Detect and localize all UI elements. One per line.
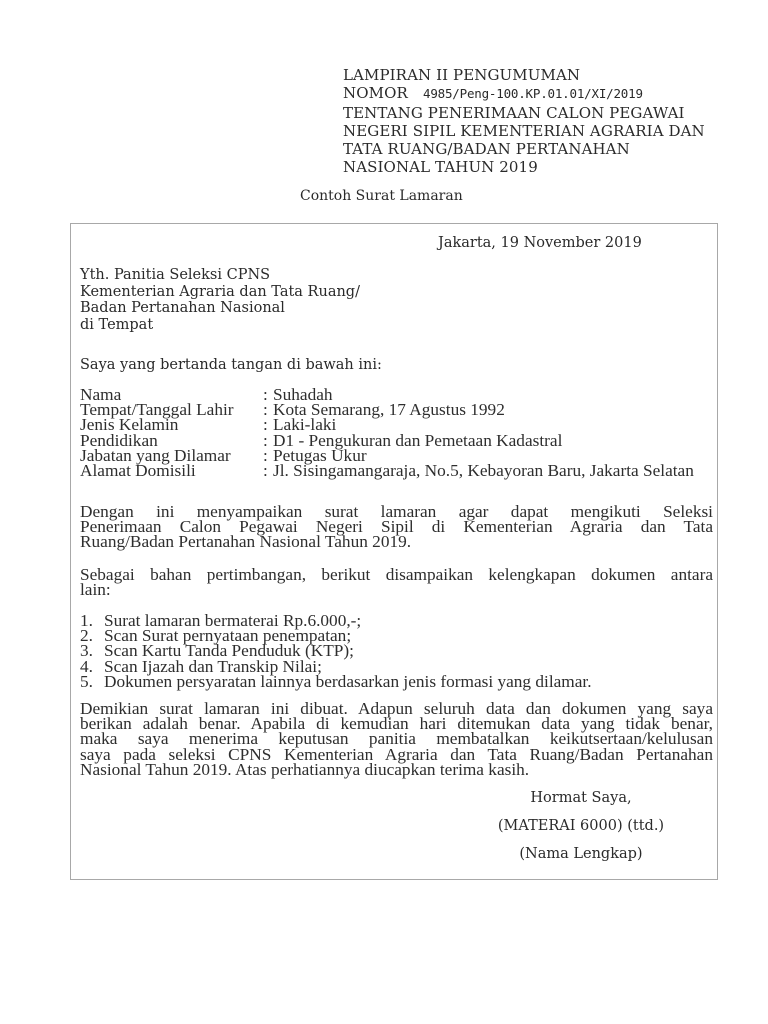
closing-paragraph: Demikian surat lamaran ini dibuat. Adapu… — [80, 701, 713, 777]
letter-date: Jakarta, 19 November 2019 — [438, 235, 642, 251]
signature-stamp: (MATERAI 6000) (ttd.) — [491, 818, 671, 846]
nomor-value: 4985/Peng-100.KP.01.01/XI/2019 — [423, 86, 643, 101]
intro-sentence: Saya yang bertanda tangan di bawah ini: — [80, 357, 382, 373]
document-list: 1.Surat lamaran bermaterai Rp.6.000,-; 2… — [80, 613, 713, 689]
field-row-address: Alamat Domisili : Jl. Sisingamangaraja, … — [80, 463, 710, 478]
header-line-1: LAMPIRAN II PENGUMUMAN — [343, 66, 705, 84]
header-line-3: TENTANG PENERIMAAN CALON PEGAWAI — [343, 104, 705, 122]
recipient-line: Badan Pertanahan Nasional — [80, 300, 360, 317]
recipient-line: Kementerian Agraria dan Tata Ruang/ — [80, 284, 360, 301]
signature-block: Hormat Saya, (MATERAI 6000) (ttd.) (Nama… — [491, 790, 671, 874]
application-paragraph: Dengan ini menyampaikan surat lamaran ag… — [80, 504, 713, 550]
recipient-line: Yth. Panitia Seleksi CPNS — [80, 267, 360, 284]
paragraph-line: Ruang/Badan Pertanahan Nasional Tahun 20… — [80, 532, 411, 551]
sample-letter-box: Jakarta, 19 November 2019 Yth. Panitia S… — [70, 223, 718, 880]
nomor-label: NOMOR — [343, 84, 423, 102]
header-nomor: NOMOR4985/Peng-100.KP.01.01/XI/2019 — [343, 84, 705, 103]
signature-salutation: Hormat Saya, — [491, 790, 671, 818]
signature-name: (Nama Lengkap) — [491, 846, 671, 874]
list-item: 5.Dokumen persyaratan lainnya berdasarka… — [80, 674, 713, 689]
recipient-address: Yth. Panitia Seleksi CPNS Kementerian Ag… — [80, 267, 360, 333]
documents-intro-paragraph: Sebagai bahan pertimbangan, berikut disa… — [80, 567, 713, 597]
list-number: 5. — [80, 674, 104, 689]
announcement-header: LAMPIRAN II PENGUMUMAN NOMOR4985/Peng-10… — [343, 66, 705, 177]
field-label: Alamat Domisili — [80, 463, 263, 478]
field-value: Kota Semarang, 17 Agustus 1992 — [273, 402, 710, 417]
paragraph-line: lain: — [80, 580, 111, 599]
header-line-5: TATA RUANG/BADAN PERTANAHAN — [343, 140, 705, 158]
document-subtitle: Contoh Surat Lamaran — [300, 188, 463, 204]
paragraph-line: Nasional Tahun 2019. Atas perhatiannya d… — [80, 760, 529, 779]
paragraph-line: Sebagai bahan pertimbangan, berikut disa… — [80, 567, 713, 582]
applicant-fields: Nama : Suhadah Tempat/Tanggal Lahir : Ko… — [80, 387, 710, 478]
header-line-6: NASIONAL TAHUN 2019 — [343, 158, 705, 176]
header-line-4: NEGERI SIPIL KEMENTERIAN AGRARIA DAN — [343, 122, 705, 140]
field-colon: : — [263, 463, 273, 478]
list-text: Dokumen persyaratan lainnya berdasarkan … — [104, 674, 592, 689]
field-value: Jl. Sisingamangaraja, No.5, Kebayoran Ba… — [273, 463, 710, 478]
recipient-line: di Tempat — [80, 317, 360, 334]
